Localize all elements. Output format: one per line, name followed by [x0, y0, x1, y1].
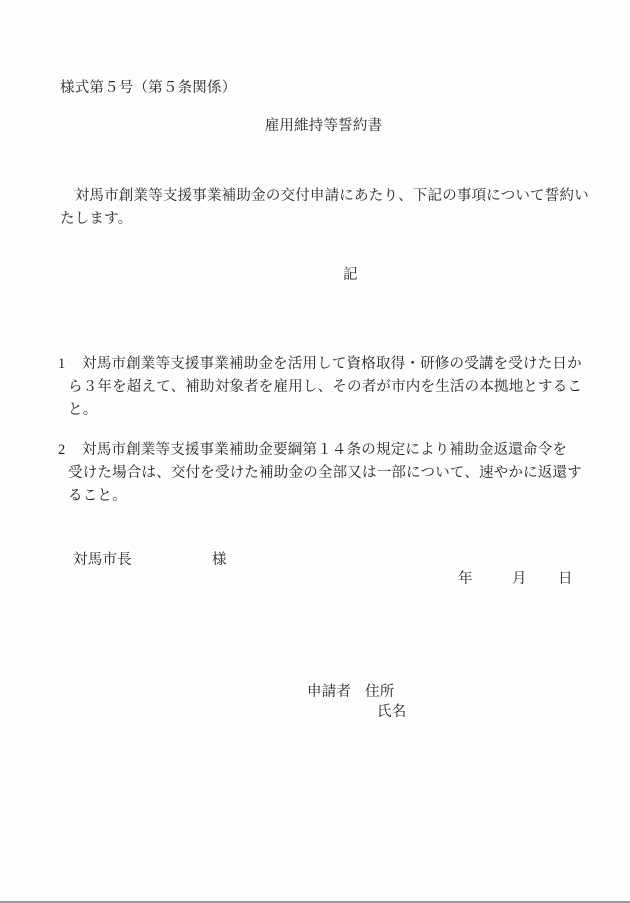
addressee-honorific: 様 — [212, 553, 227, 568]
date-day-label: 日 — [558, 572, 573, 587]
ki-marker: 記 — [343, 268, 358, 283]
item-2-line-1: 対馬市創業等支援事業補助金要綱第１４条の規定により補助金返還命令を — [82, 443, 567, 458]
item-1-line-2: ら３年を超えて、補助対象者を雇用し、その者が市内を生活の本拠地とするこ — [68, 380, 582, 395]
item-2-line-2: 受けた場合は、交付を受けた補助金の全部又は一部について、速やかに返還す — [68, 466, 582, 481]
item-2-number: 2 — [58, 443, 65, 458]
item-1-line-3: と。 — [68, 403, 97, 418]
item-2-line-3: ること。 — [68, 489, 127, 504]
body-paragraph-line-1: 対馬市創業等支援事業補助金の交付申請にあたり、下記の事項について誓約い — [60, 189, 589, 204]
applicant-name-label: 氏名 — [377, 705, 406, 720]
item-1-number: 1 — [58, 357, 65, 372]
applicant-label: 申請者 — [307, 685, 351, 700]
item-1-line-1: 対馬市創業等支援事業補助金を活用して資格取得・研修の受講を受けた日か — [82, 357, 582, 372]
date-year-label: 年 — [458, 572, 473, 587]
pledge-document-page: 様式第５号（第５条関係） 雇用維持等誓約書 対馬市創業等支援事業補助金の交付申請… — [0, 0, 630, 903]
addressee-title: 対馬市長 — [73, 553, 132, 568]
form-number: 様式第５号（第５条関係） — [60, 81, 236, 96]
date-month-label: 月 — [512, 572, 527, 587]
body-paragraph-line-2: たします。 — [60, 212, 132, 227]
applicant-address-label: 住所 — [365, 685, 394, 700]
document-title: 雇用維持等誓約書 — [17, 119, 630, 134]
